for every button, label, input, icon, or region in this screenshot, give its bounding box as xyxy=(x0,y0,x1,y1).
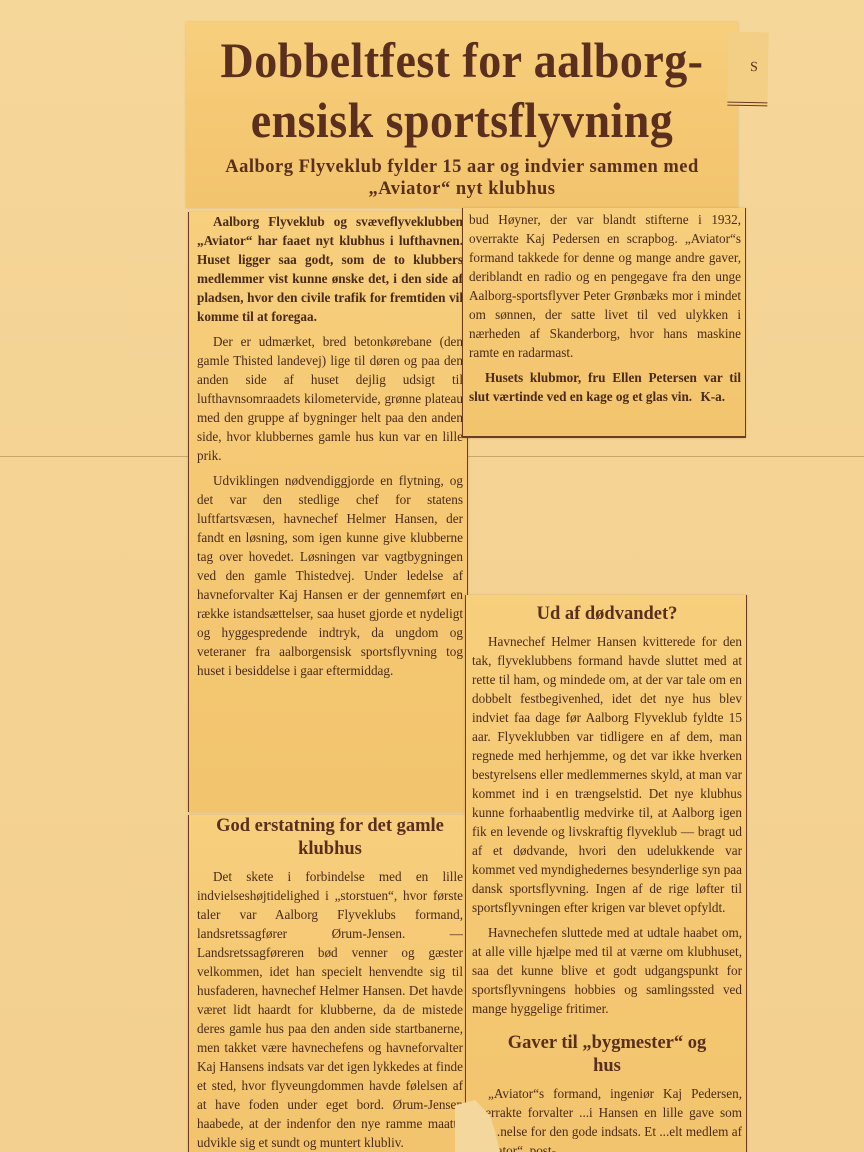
headline-line-2: ensisk sportsflyvning xyxy=(208,94,716,146)
paragraph: Havnechef Helmer Hansen kvitterede for d… xyxy=(472,632,742,917)
section-god-erstatning: God erstatning for det gamle klubhus Det… xyxy=(188,815,468,1152)
paragraph: Der er udmærket, bred betonkørebane (den… xyxy=(197,332,463,465)
torn-fragment: S xyxy=(727,32,768,107)
left-article-column: Aalborg Flyveklub og svæveflyveklubben „… xyxy=(188,212,468,812)
paragraph: Det skete i forbindelse med en lille ind… xyxy=(197,867,463,1152)
paragraph: Havnechefen sluttede med at udtale haabe… xyxy=(472,923,742,1018)
headline-line-1: Dobbeltfest for aalborg- xyxy=(208,34,716,86)
headline-clipping: Dobbeltfest for aalborg- ensisk sportsfl… xyxy=(186,22,738,208)
section-ud-af-dodvandet: Ud af dødvandet? Havnechef Helmer Hansen… xyxy=(465,595,747,1152)
section-title-gaver: Gaver til „bygmester“ og hus xyxy=(472,1032,742,1078)
section-title: Ud af dødvandet? xyxy=(472,603,742,626)
right-top-article-column: bud Høyner, der var blandt stifterne i 1… xyxy=(462,208,746,438)
paragraph: bud Høyner, der var blandt stifterne i 1… xyxy=(469,210,741,362)
subheadline: Aalborg Flyveklub fylder 15 aar og indvi… xyxy=(186,156,738,200)
torn-fragment-letter: S xyxy=(750,60,758,76)
section-title: God erstatning for det gamle klubhus xyxy=(197,815,463,861)
paragraph: „Aviator“s formand, ingeniør Kaj Pederse… xyxy=(472,1084,742,1152)
paragraph: Udviklingen nødvendiggjorde en flytning,… xyxy=(197,471,463,680)
paragraph: Aalborg Flyveklub og svæveflyveklubben „… xyxy=(197,212,463,326)
